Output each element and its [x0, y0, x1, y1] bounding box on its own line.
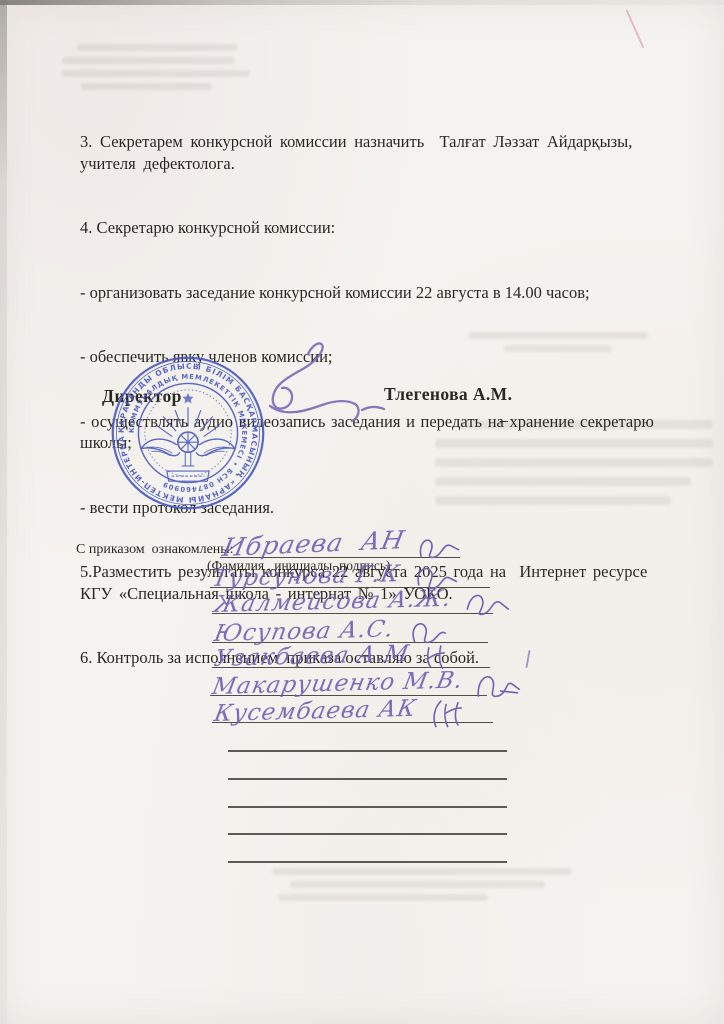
signature-row: Кусембаева АК	[212, 692, 493, 723]
scan-edge-top	[0, 0, 724, 5]
empty-signature-line	[228, 750, 507, 752]
signature-row: Ибраева АН	[220, 527, 460, 558]
order-paragraph: 3. Секретарем конкурсной комиссии назнач…	[80, 131, 680, 174]
scanned-document-page: 3. Секретарем конкурсной комиссии назнач…	[0, 0, 724, 1024]
empty-signature-line	[228, 861, 507, 863]
empty-signature-line	[228, 778, 507, 780]
director-signature-ink	[222, 336, 392, 436]
signature-paraph-icon	[429, 696, 475, 730]
signature-row: Узакбаева А.М	[212, 637, 490, 668]
order-paragraph: 4. Секретарю конкурсной комиссии:	[80, 217, 680, 239]
acknowledgment-label: С приказом ознакомлены:	[76, 542, 234, 558]
stamp-emblem	[141, 393, 235, 481]
pink-scratch-mark	[626, 9, 645, 48]
signature-name: Кусембаева АК	[212, 696, 419, 727]
empty-signature-line	[228, 833, 507, 835]
director-name: Тлегенова А.М.	[384, 384, 512, 405]
order-paragraph: - организовать заседание конкурсной коми…	[80, 282, 680, 304]
signature-row: Жалмейсова А.Ж.	[212, 583, 493, 614]
empty-signature-line	[228, 806, 507, 808]
scan-edge-left	[0, 0, 7, 1024]
bleed-through-text	[272, 868, 572, 907]
